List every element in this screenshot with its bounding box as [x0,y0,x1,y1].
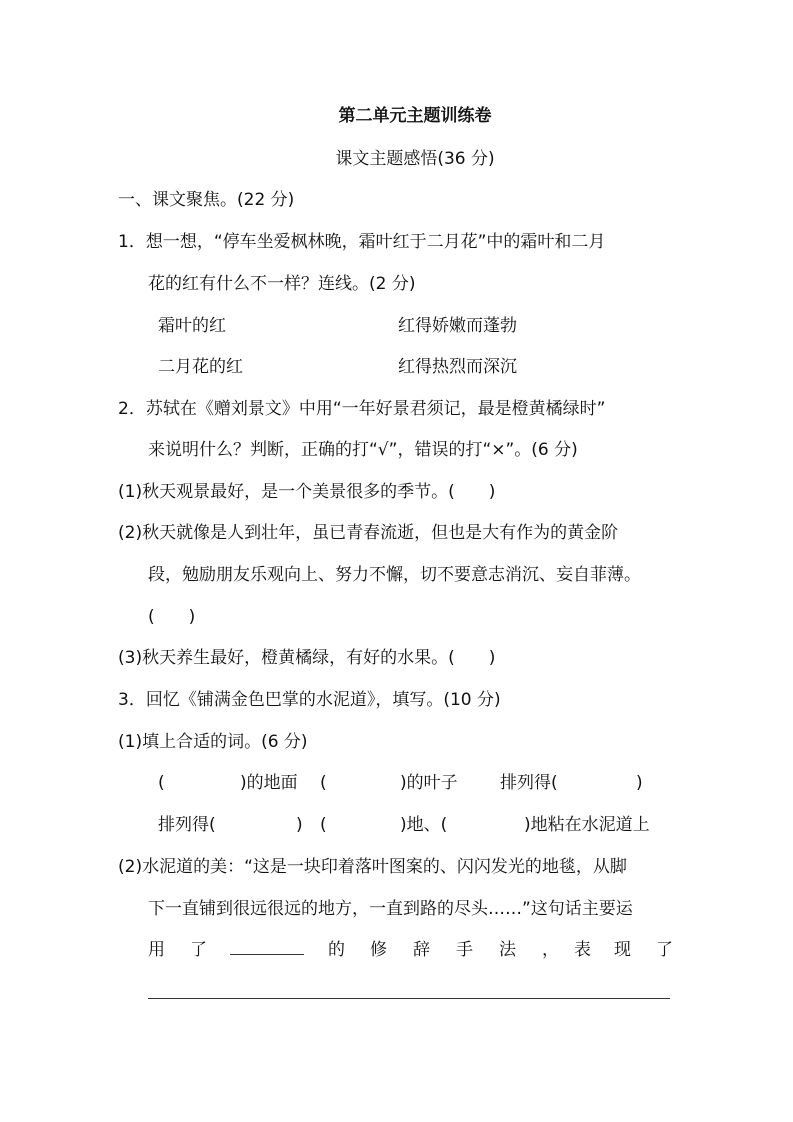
match-left-item[interactable]: 二月花的红 [158,357,243,377]
question-3-sub-1-label: (1)填上合适的词。(6 分) [118,732,308,752]
question-1-line-1: 1．想一想，“停车坐爱枫林晚，霜叶红于二月花”中的霜叶和二月 [118,232,605,252]
char: 了 [190,940,207,960]
fill-paren-close[interactable]: ) [296,815,303,835]
char: 表 [574,940,591,960]
judgement-item-2-cont: 段，勉励朋友乐观向上、努力不懈，切不要意志消沉、妄自菲薄。 [148,565,641,585]
judgement-item-2-answer[interactable]: ( ) [148,607,195,627]
char: 修 [370,940,387,960]
page-title: 第二单元主题训练卷 [0,106,793,126]
question-3-line-1: 3．回忆《铺满金色巴掌的水泥道》，填写。(10 分) [118,690,501,710]
char: 法 [499,940,516,960]
fill-paren-open[interactable]: ( [320,815,327,835]
char: 了 [656,940,673,960]
fill-text: )的地面 [240,773,298,793]
char: 的 [328,940,345,960]
judgement-item-2: (2)秋天就像是人到壮年，虽已青春流逝，但也是大有作为的黄金阶 [118,523,618,543]
question-3-sub-2-line-1: (2)水泥道的美：“这是一块印着落叶图案的、闪闪发光的地毯，从脚 [118,857,627,877]
fill-text: 排列得( [158,815,216,835]
question-2-line-1: 2．苏轼在《赠刘景文》中用“一年好景君须记，最是橙黄橘绿时” [118,399,605,419]
char: 用 [148,940,165,960]
judgement-item-3[interactable]: (3)秋天养生最好，橙黄橘绿，有好的水果。( ) [118,648,495,668]
char: 手 [456,940,473,960]
fill-text: )地、( [400,815,447,835]
question-3-sub-2-line-2: 下一直铺到很远很远的地方，一直到路的尽头……”这句话主要运 [148,899,633,919]
match-left-item[interactable]: 霜叶的红 [158,316,226,336]
fill-text: )的叶子 [400,773,458,793]
section-heading: 一、课文聚焦。(22 分) [118,190,294,210]
fill-text: 排列得( [500,773,558,793]
char: 现 [614,940,631,960]
match-right-item[interactable]: 红得娇嫩而蓬勃 [398,316,517,336]
match-right-item[interactable]: 红得热烈而深沉 [398,357,517,377]
char: ， [542,940,559,960]
answer-blank[interactable] [230,940,304,960]
fill-paren-open[interactable]: ( [320,773,327,793]
char: 辞 [413,940,430,960]
fill-text: )地粘在水泥道上 [524,815,650,835]
page-subtitle: 课文主题感悟(36 分) [0,149,793,169]
question-1-line-2: 花的红有什么不一样？连线。(2 分) [148,274,415,294]
fill-paren-close[interactable]: ) [636,773,643,793]
question-2-line-2: 来说明什么？判断，正确的打“√”，错误的打“×”。(6 分) [148,440,578,460]
fill-paren-open[interactable]: ( [158,773,165,793]
answer-line[interactable] [148,998,670,999]
judgement-item-1[interactable]: (1)秋天观景最好，是一个美景很多的季节。( ) [118,482,495,502]
